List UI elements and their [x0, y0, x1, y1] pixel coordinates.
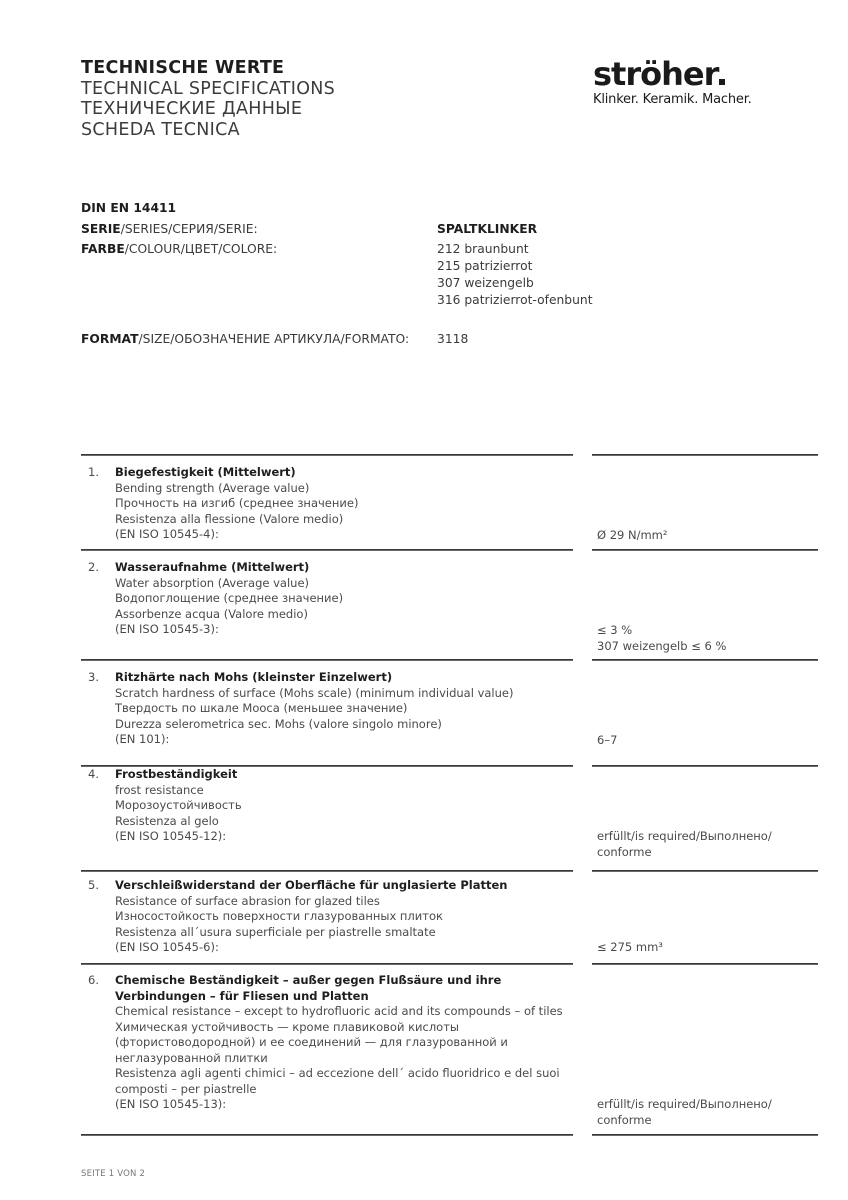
spec-heading: Verschleißwiderstand der Oberfläche für …	[115, 878, 577, 894]
table-divider	[81, 870, 573, 872]
stroeher-logo: ströher Klinker. Keramik. Macher.	[593, 57, 752, 108]
spec-value-line: ≤ 275 mm³	[597, 940, 817, 956]
spec-line: Bending strength (Average value)	[115, 481, 577, 497]
spec-line: Scratch hardness of surface (Mohs scale)…	[115, 686, 577, 702]
logo-dot-icon	[719, 79, 725, 85]
spec-line: Chemical resistance – except to hydroflu…	[115, 1004, 577, 1020]
spec-line: Resistenza all´usura superficiale per pi…	[115, 925, 577, 941]
colour-list: 212 braunbunt 215 patrizierrot 307 weize…	[437, 241, 593, 309]
spec-number: 4.	[88, 767, 99, 783]
spec-value: erfüllt/is required/Выполнено/conforme	[597, 1097, 817, 1128]
spec-value-line: 6–7	[597, 733, 817, 749]
table-divider	[592, 549, 818, 551]
spec-line: (EN ISO 10545-13):	[115, 1097, 577, 1113]
logo-tagline: Klinker. Keramik. Macher.	[593, 92, 752, 108]
spec-value-line: conforme	[597, 1113, 817, 1129]
serie-label: SERIE/SERIES/СЕРИЯ/SERIE:	[81, 221, 258, 238]
spec-line: Water absorption (Average value)	[115, 576, 577, 592]
table-divider	[81, 659, 573, 661]
spec-value-line: erfüllt/is required/Выполнено/	[597, 1097, 817, 1113]
document-titles: TECHNISCHE WERTE TECHNICAL SPECIFICATION…	[81, 58, 335, 140]
table-divider	[592, 659, 818, 661]
spec-number: 3.	[88, 670, 99, 686]
spec-value-line: ≤ 3 %	[597, 623, 817, 639]
spec-line: Resistenza al gelo	[115, 814, 577, 830]
table-divider	[81, 963, 573, 965]
spec-heading: Ritzhärte nach Mohs (kleinster Einzelwer…	[115, 670, 577, 686]
colour-item: 215 patrizierrot	[437, 258, 593, 275]
spec-number: 2.	[88, 560, 99, 576]
spec-value-line: 307 weizengelb ≤ 6 %	[597, 639, 817, 655]
spec-line: frost resistance	[115, 783, 577, 799]
spec-value-line: conforme	[597, 845, 817, 861]
standard-label: DIN EN 14411	[81, 200, 176, 217]
spec-line: Водопоглощение (среднее значение)	[115, 591, 577, 607]
table-divider	[592, 870, 818, 872]
spec-line: Химическая устойчивость — кроме плавиков…	[115, 1020, 577, 1036]
spec-line: Assorbenze acqua (Valore medio)	[115, 607, 577, 623]
spec-number: 6.	[88, 973, 99, 989]
table-divider	[81, 454, 573, 456]
spec-line: Прочность на изгиб (среднее значение)	[115, 496, 577, 512]
spec-line: (EN ISO 10545-6):	[115, 940, 577, 956]
spec-value: Ø 29 N/mm²	[597, 528, 817, 544]
spec-number: 5.	[88, 878, 99, 894]
spec-description: Ritzhärte nach Mohs (kleinster Einzelwer…	[115, 670, 577, 748]
colour-item: 307 weizengelb	[437, 275, 593, 292]
spec-line: Resistance of surface abrasion for glaze…	[115, 894, 577, 910]
table-divider	[81, 1134, 573, 1136]
spec-line: composti – per piastrelle	[115, 1082, 577, 1098]
spec-line: (EN 101):	[115, 732, 577, 748]
spec-description: Verschleißwiderstand der Oberfläche für …	[115, 878, 577, 956]
logo-wordmark: ströher	[593, 57, 752, 91]
spec-line: Durezza selerometrica sec. Mohs (valore …	[115, 717, 577, 733]
spec-value-line: erfüllt/is required/Выполнено/	[597, 829, 817, 845]
spec-value: ≤ 275 mm³	[597, 940, 817, 956]
table-divider	[592, 1134, 818, 1136]
spec-description: Chemische Beständigkeit – außer gegen Fl…	[115, 973, 577, 1113]
spec-description: Biegefestigkeit (Mittelwert)Bending stre…	[115, 465, 577, 543]
table-divider	[592, 963, 818, 965]
colour-item: 316 patrizierrot-ofenbunt	[437, 292, 593, 309]
spec-description: Wasseraufnahme (Mittelwert)Water absorpt…	[115, 560, 577, 638]
spec-line: Твердость по шкале Мооса (меньшее значен…	[115, 701, 577, 717]
spec-heading: Frostbeständigkeit	[115, 767, 577, 783]
spec-line: Resistenza agli agenti chimici – ad ecce…	[115, 1066, 577, 1082]
spec-line: Износостойкость поверхности глазурованны…	[115, 909, 577, 925]
table-divider	[81, 549, 573, 551]
spec-line: (EN ISO 10545-3):	[115, 622, 577, 638]
format-label: FORMAT/SIZE/ОБОЗНАЧЕНИЕ АРТИКУЛА/FORMATO…	[81, 331, 409, 348]
page-number: SEITE 1 VON 2	[81, 1169, 145, 1179]
spec-line: (фтористоводородной) и ее соединений — д…	[115, 1035, 577, 1051]
spec-heading: Biegefestigkeit (Mittelwert)	[115, 465, 577, 481]
title-german: TECHNISCHE WERTE	[81, 58, 335, 79]
spec-line: Морозоустойчивость	[115, 798, 577, 814]
colour-item: 212 braunbunt	[437, 241, 593, 258]
colour-label: FARBE/COLOUR/ЦВЕТ/COLORE:	[81, 241, 277, 258]
spec-value-line: Ø 29 N/mm²	[597, 528, 817, 544]
title-english: TECHNICAL SPECIFICATIONS	[81, 79, 335, 100]
spec-number: 1.	[88, 465, 99, 481]
spec-value: 6–7	[597, 733, 817, 749]
title-russian: ТЕХНИЧЕСКИЕ ДАННЫЕ	[81, 99, 335, 120]
format-value: 3118	[437, 331, 468, 348]
table-divider	[592, 454, 818, 456]
spec-heading: Chemische Beständigkeit – außer gegen Fl…	[115, 973, 577, 1004]
spec-line: (EN ISO 10545-4):	[115, 527, 577, 543]
title-italian: SCHEDA TECNICA	[81, 120, 335, 141]
spec-heading: Wasseraufnahme (Mittelwert)	[115, 560, 577, 576]
spec-value: ≤ 3 %307 weizengelb ≤ 6 %	[597, 623, 817, 654]
spec-line: неглазурованной плитки	[115, 1051, 577, 1067]
spec-line: (EN ISO 10545-12):	[115, 829, 577, 845]
spec-value: erfüllt/is required/Выполнено/conforme	[597, 829, 817, 860]
serie-value: SPALTKLINKER	[437, 221, 537, 238]
table-divider	[592, 765, 818, 767]
spec-description: Frostbeständigkeitfrost resistanceМорозо…	[115, 767, 577, 845]
spec-line: Resistenza alla flessione (Valore medio)	[115, 512, 577, 528]
